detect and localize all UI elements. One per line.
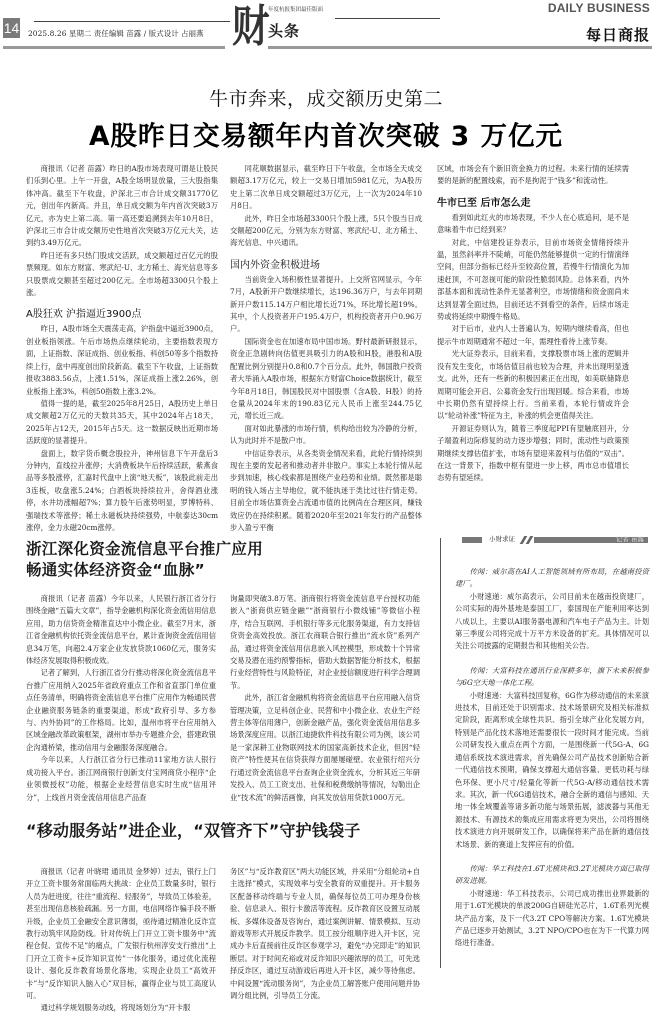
subheading: A股狂欢 沪指逼近3900点 [26,307,218,322]
subheading: 国内外资金积极进场 [230,258,422,273]
rumor-text: 传闻：威尔高在AI人工智能领域有所布局，在越南投资建厂。 [455,566,649,591]
paragraph: 盘面上，数字货币概念股拉升，神州信息下午开盘后3分钟内，直线拉升涨停；大消费板块… [26,448,218,535]
sidebar-reporter: 记者 苗露 [616,534,644,543]
paragraph: 看到如此红火的市场表现，不少人在心底追问，是不是意味着牛市已经到来？ [437,212,629,237]
rumor-text: 传闻：大富科技在通讯行业深耕多年，旗下未来积极参与6G空天地一体化工程。 [455,665,649,690]
paragraph: 光大证券表示，目前来看，支撑股票市场上涨的逻辑并没有发生变化，市场估值目前也较为… [437,348,629,422]
header-rule-mid [335,18,440,19]
paragraph: 开源证券则认为，随着三季度起PPI有望触底回升，分子端盈利边际修复的动力逐步增强… [437,423,629,485]
header-rule [34,21,230,22]
paragraph: 此外，昨日全市场超3300只个股上涨，5只个股当日成交额超200亿元，分别为东方… [230,213,422,250]
paragraph: 商报讯（记者 叶晓珺 通讯员 金梦婷）过去，银行上门开立工资卡服务常面临两大挑战… [26,866,216,1002]
header-bar [462,537,482,543]
paragraph: 值得一提的是，截至2025年8月25日，A股历史上单日成交额超2万亿元的天数共3… [26,398,218,448]
spacer [455,851,649,863]
spacer [455,653,649,665]
lead-kicker: 牛市奔来，成交额历史第二 [0,84,652,111]
article-3-column-2: 务区”与“反诈教育区”两大功能区域，并采用“分组轮动+自主选择”模式，实现效率与… [230,866,420,1002]
lead-headline: A股昨日交易额年内首次突破 3 万亿元 [0,114,652,153]
answer-text: 小财速递：威尔高表示，公司目前未在越南投资建厂，公司实际的海外基地是泰国工厂，泰… [455,591,649,653]
slash-decoration [526,536,534,544]
article-2-column-1: 商报讯（记者 苗露）今年以来，人民银行浙江省分行围绕金融“五篇大文章”，指导金融… [26,593,216,804]
sidebar-column: 传闻：威尔高在AI人工智能领域有所布局，在越南投资建厂。 小财速递：威尔高表示，… [455,566,649,950]
lead-column-2: 同花顺数据显示，截至昨日下午收盘，全市场全天成交额超3.17万亿元，较上一交易日… [230,163,422,534]
paragraph: 此外，浙江省金融机构将资金流信息平台应用融入信贷管理决策，立足科创企业、民营和中… [230,692,420,804]
article-3-column-1: 商报讯（记者 叶晓珺 通讯员 金梦婷）过去，银行上门开立工资卡服务常面临两大挑战… [26,866,216,1015]
paragraph: 当前资金入场积极性显著提升。上交所官网显示，今年7月，A股新开户数继续增长，达1… [230,274,422,336]
paragraph: 面对如此暴涨的市场行情，机构给出较为冷静的分析，认为此时并不是散户市。 [230,423,422,448]
paragraph: 通过科学规划服务动线，将现场划分为“开卡服 [26,1002,216,1014]
headline-line-2: 畅通实体经济资金“血脉” [26,560,263,581]
rumor-text: 传闻：华工科技在1.6T光模块和3.2T光模块方面已取得研发进展。 [455,863,649,888]
paragraph: 区域，市场会有个新旧资金换力的过程。未来行情的延续需要的是新的配置线索，而不是拘… [437,163,629,188]
paragraph: 务区”与“反诈教育区”两大功能区域，并采用“分组轮动+自主选择”模式，实现效率与… [230,866,420,1002]
award-subtitle: 年度杭报集团最佳版面 [268,5,323,13]
section-logo-char: 财 [232,2,269,52]
paragraph: 昨日还有多只热门股成交活跃，成交额超过百亿元的股票频现。如东方财富、寒武纪-U、… [26,250,218,300]
article-2-headline: 浙江深化资金流信息平台推广应用 畅通实体经济资金“血脉” [26,539,263,581]
article-3-headline: “移动服务站”进企业，“双管齐下”守护钱袋子 [26,820,360,842]
headline-line-1: 浙江深化资金流信息平台推广应用 [26,539,263,560]
brand-name-en: DAILY BUSINESS [548,1,650,15]
paragraph: 昨日，A股市场全天震荡走高，沪指盘中逼近3900点，创业板指领涨。午后市场热点继… [26,323,218,397]
sidebar-divider [440,538,441,968]
subheading: 牛市已至 后市怎么走 [437,196,629,211]
sidebar-header: 小财求证 记者 苗露 [462,536,648,544]
lead-column-1: 商报讯（记者 苗露）昨日的A股市场表现可谓是让股民们乐到心里。上午一开盘，A股全… [26,163,218,534]
paragraph: 询量即突破3.8万笔。浙商银行将资金流信息平台授权功能嵌入“浙商供应链金融”“浙… [230,593,420,692]
date-editor-line: 2025.8.26 星期二 责任编辑 苗露 / 版式设计 占丽燕 [28,28,204,39]
paragraph: 商报讯（记者 苗露）今年以来，人民银行浙江省分行围绕金融“五篇大文章”，指导金融… [26,593,216,667]
paragraph: 对此，中信建投证券表示，目前市场资金情绪持续升温，虽然斜率并不陡峭，可能仍然能够… [437,237,629,324]
masthead: 14 2025.8.26 星期二 责任编辑 苗露 / 版式设计 占丽燕 财 年度… [0,0,652,58]
answer-text: 小财速递：大富科技回复称，6G作为移动通信的未来演进技术，目前还处于识别需求、技… [455,690,649,851]
section-name: 头条 [268,20,300,41]
paragraph: 商报讯（记者 苗露）昨日的A股市场表现可谓是让股民们乐到心里。上午一开盘，A股全… [26,163,218,250]
paragraph: 今年以来，人行浙江省分行已推动11家地方法人银行成功接入平台。浙江网商银行创新支… [26,754,216,804]
sidebar-label: 小财求证 [486,534,518,543]
paragraph: 中信证券表示，从各类资金情况来看，此轮行情持续到现在主要的发起者和推动者并非散户… [230,448,422,535]
brand-name-cn: 每日商报 [586,24,650,45]
paragraph: 国际资金也在加速布局中国市场。野村最新研报显示，资金正急剧转向估值更具吸引力的A… [230,336,422,423]
paragraph: 记者了解到，人行浙江省分行推动将深化资金流信息平台推广应用纳入2025年省政府重… [26,667,216,754]
article-2-column-2: 询量即突破3.8万笔。浙商银行将资金流信息平台授权功能嵌入“浙商供应链金融”“浙… [230,593,420,804]
answer-text: 小财速递：华工科技表示，公司已成功推出业界最新的用于1.6T光模块的单波200G… [455,888,649,950]
page-number: 14 [3,18,20,38]
header-bar-left [3,46,225,49]
paragraph: 对于后市，业内人士普遍认为，短期内继续看高，但也提示牛市周期通常不超过一年，需理… [437,323,629,348]
header-bar-right [268,46,652,49]
lead-column-3: 区域，市场会有个新旧资金换力的过程。未来行情的延续需要的是新的配置线索，而不是拘… [437,163,629,485]
paragraph: 同花顺数据显示，截至昨日下午收盘，全市场全天成交额超3.17万亿元，较上一交易日… [230,163,422,213]
